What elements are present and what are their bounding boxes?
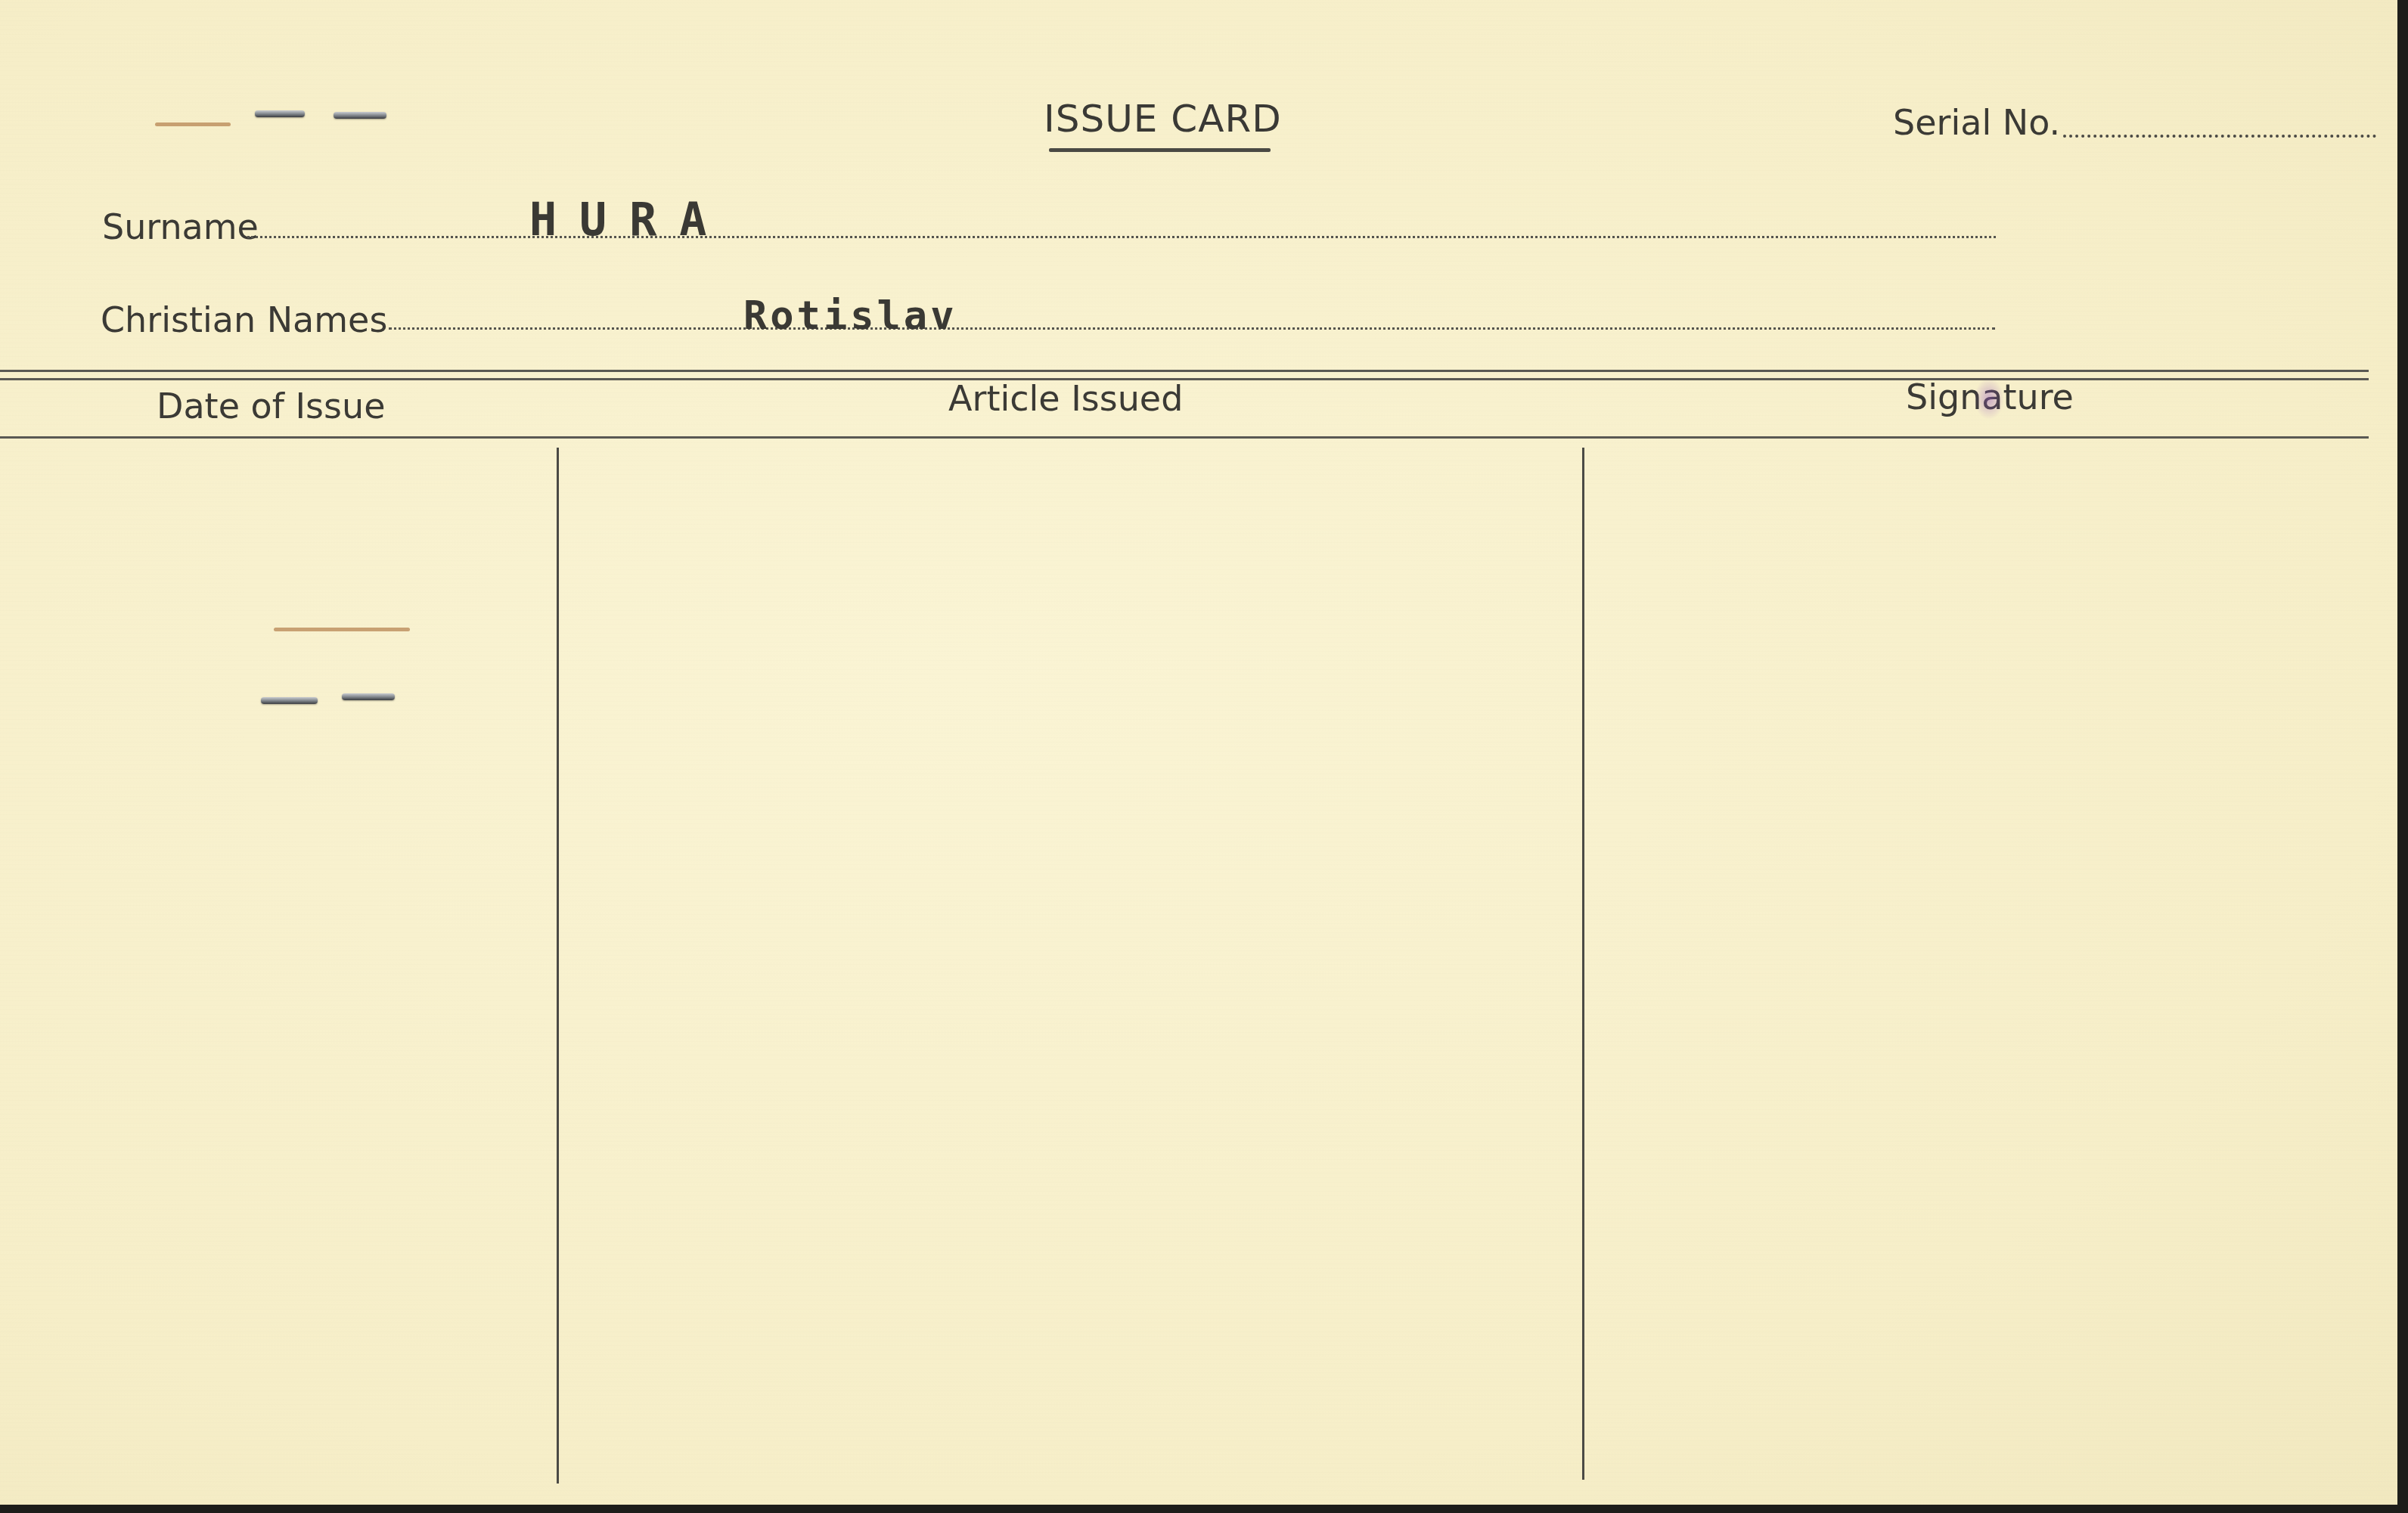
christian-names-value: Rotislav [743,293,957,339]
header-rule-bottom [0,436,2369,439]
surname-value: HURA [529,194,730,246]
staple-icon [342,693,395,700]
staple-icon [334,112,386,119]
surname-label: Surname [102,206,259,247]
staple-icon [255,110,305,117]
issue-card: ISSUE CARD Serial No. Surname HURA Chris… [0,0,2397,1505]
card-title: ISSUE CARD [1044,97,1282,141]
christian-names-label: Christian Names [101,299,387,340]
title-underline [1049,148,1271,152]
column-header-date-of-issue: Date of Issue [157,386,385,426]
date-of-issue-cell[interactable] [0,448,555,1484]
serial-number-label: Serial No. [1893,102,2060,143]
surname-field[interactable] [247,236,1996,238]
purple-ink-smudge [1974,378,2004,420]
article-issued-cell[interactable] [560,448,1581,1484]
column-header-article-issued: Article Issued [948,378,1183,419]
rust-stain [274,628,410,631]
christian-names-field[interactable] [389,327,1995,330]
scan-edge-right [2397,0,2408,1513]
column-divider-1 [557,448,559,1484]
column-divider-2 [1582,448,1584,1480]
header-double-rule-top [0,370,2369,372]
signature-cell[interactable] [1585,448,2379,1484]
staple-icon [261,697,318,704]
scan-edge-bottom [0,1505,2408,1513]
serial-number-field[interactable] [2063,135,2376,138]
rust-stain [155,122,231,126]
